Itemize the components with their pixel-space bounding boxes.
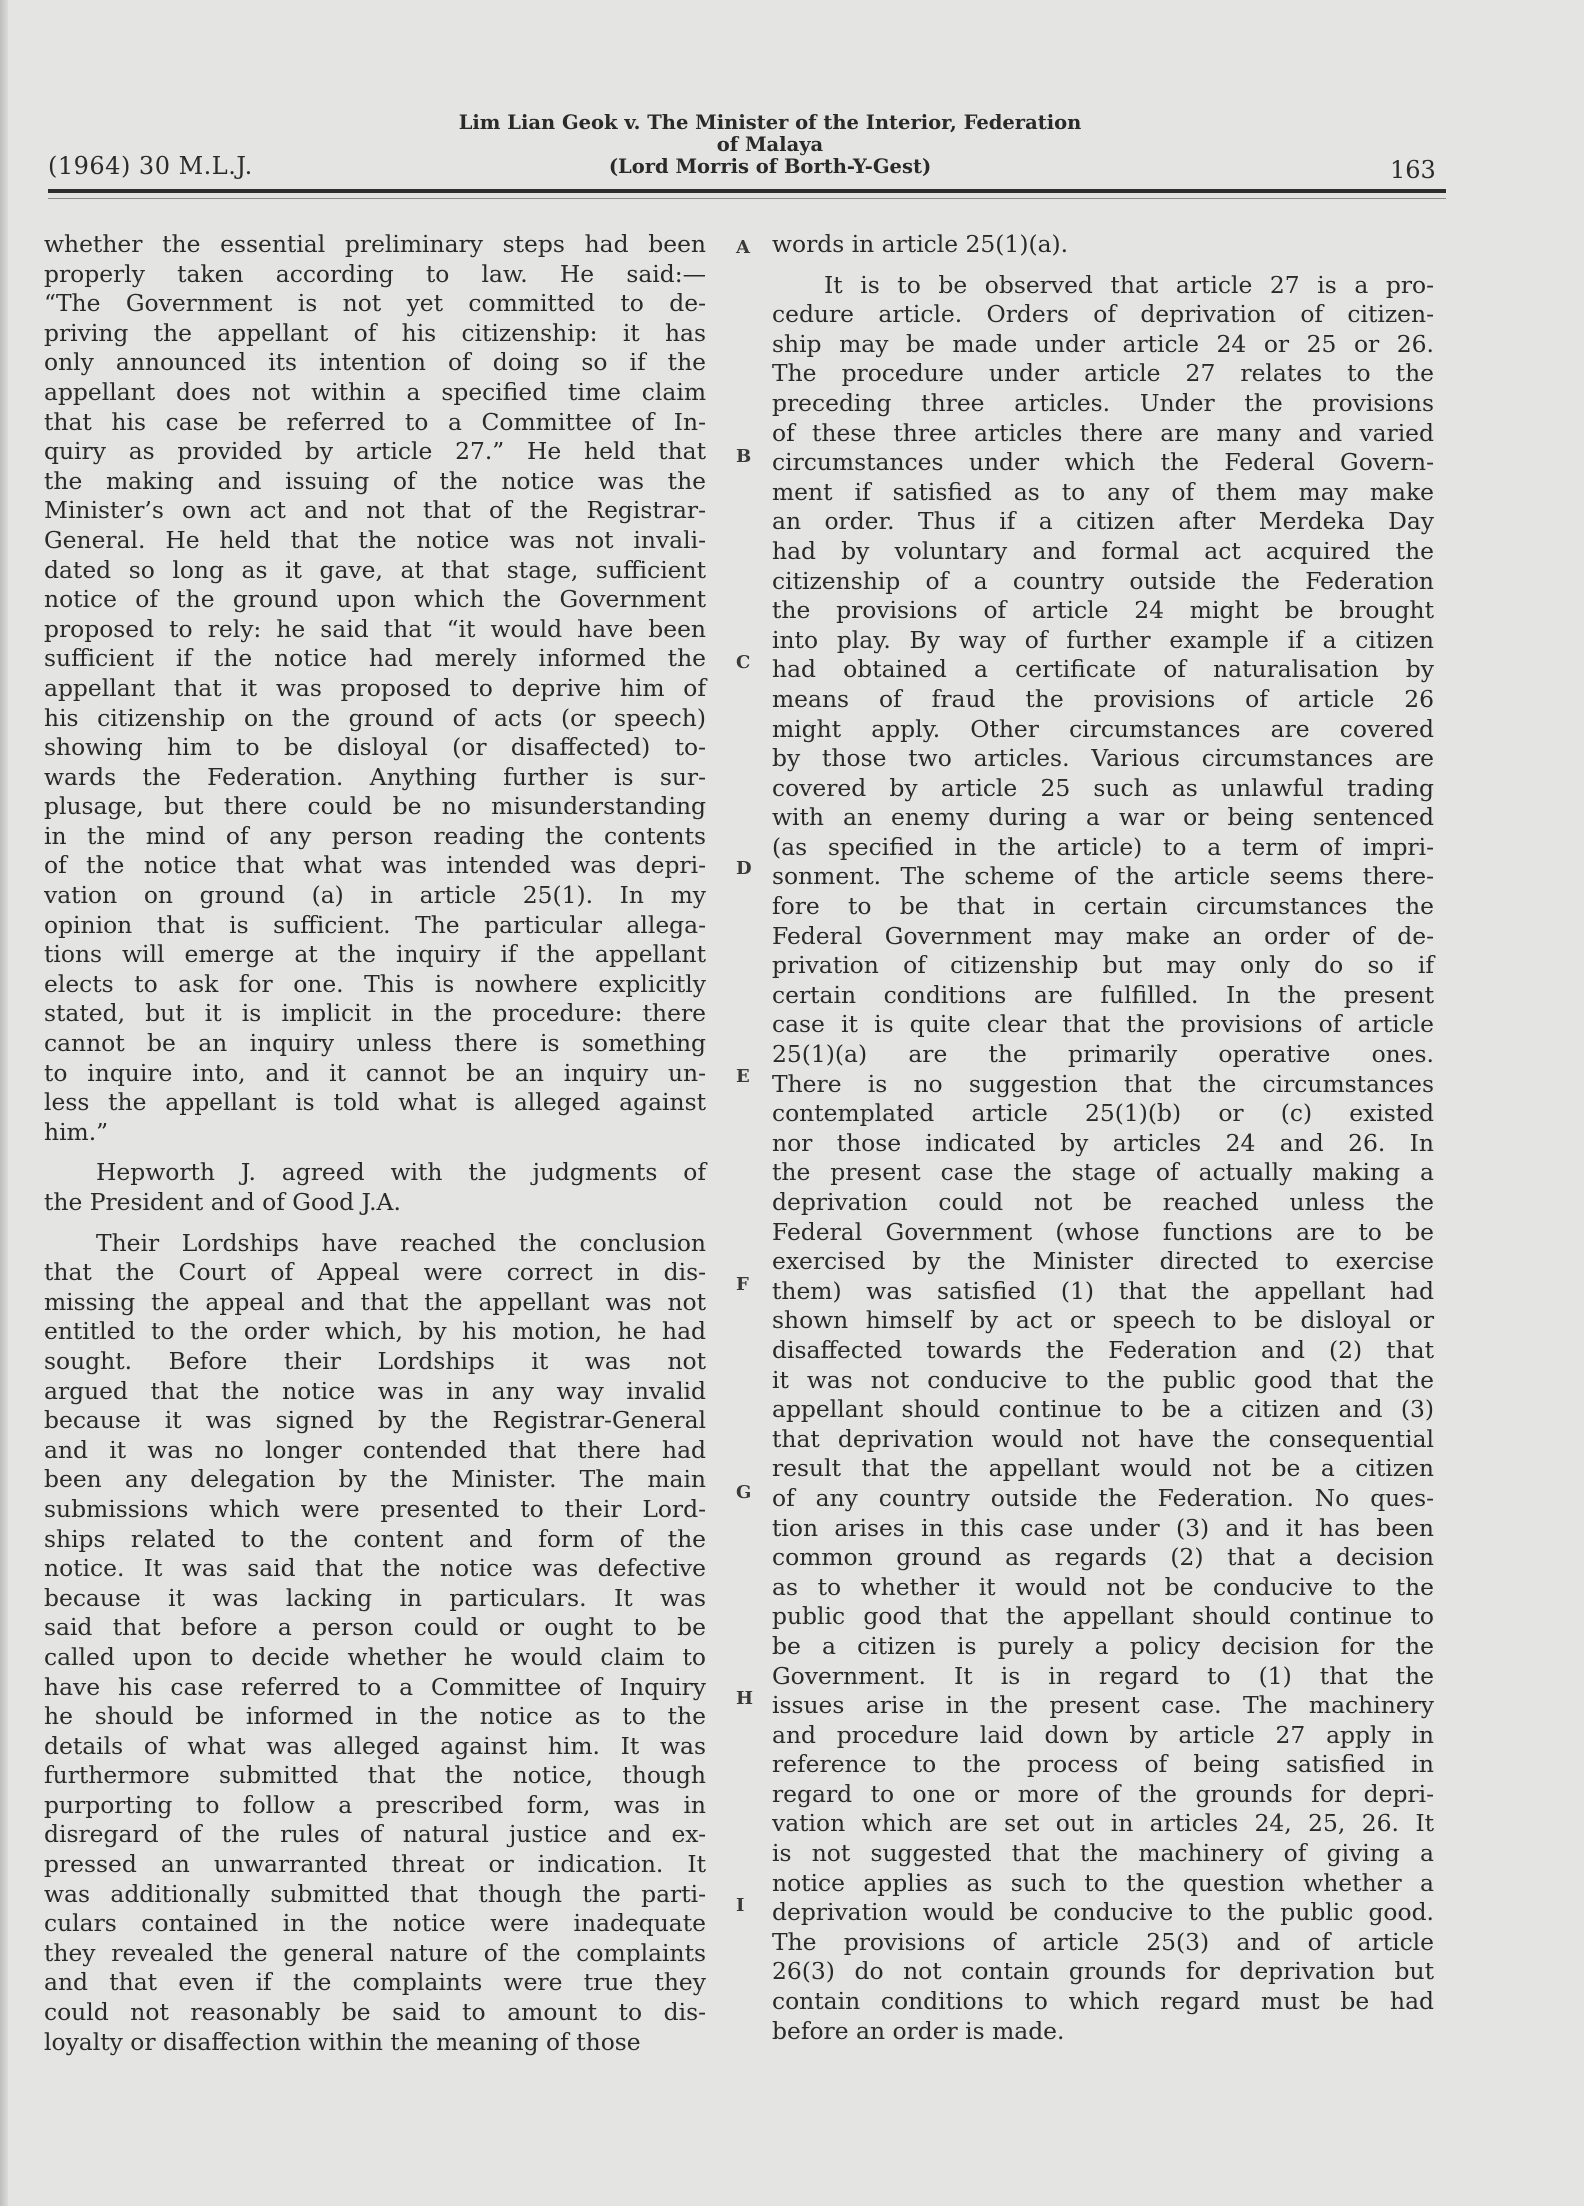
- text-line: of the notice that what was intended was…: [44, 851, 706, 881]
- page-header: (1964) 30 M.L.J. Lim Lian Geok v. The Mi…: [0, 0, 1584, 190]
- text-line: circumstances under which the Federal Go…: [772, 448, 1434, 478]
- text-line: Federal Government (whose functions are …: [772, 1218, 1434, 1248]
- text-line: ment if satisfied as to any of them may …: [772, 478, 1434, 508]
- text-line: called upon to decide whether he would c…: [44, 1643, 706, 1673]
- text-line: them) was satisfied (1) that the appella…: [772, 1277, 1434, 1307]
- text-line: fore to be that in certain circumstances…: [772, 892, 1434, 922]
- margin-letter-e: E: [736, 1066, 750, 1087]
- text-line: the President and of Good J.A.: [44, 1188, 706, 1218]
- text-line: they revealed the general nature of the …: [44, 1939, 706, 1969]
- text-line: tions will emerge at the inquiry if the …: [44, 940, 706, 970]
- text-line: vation on ground (a) in article 25(1). I…: [44, 881, 706, 911]
- text-line: It is to be observed that article 27 is …: [772, 271, 1434, 301]
- text-line: in the mind of any person reading the co…: [44, 822, 706, 852]
- margin-letter-c: C: [736, 652, 750, 673]
- case-title-line: Lim Lian Geok v. The Minister of the Int…: [360, 112, 1180, 134]
- text-line: proposed to rely: he said that “it would…: [44, 615, 706, 645]
- text-line: of any country outside the Federation. N…: [772, 1484, 1434, 1514]
- text-line: loyalty or disaffection within the meani…: [44, 2028, 706, 2058]
- header-rule-thick: [48, 189, 1446, 193]
- text-line: was additionally submitted that though t…: [44, 1880, 706, 1910]
- text-line: to inquire into, and it cannot be an inq…: [44, 1059, 706, 1089]
- text-line: might apply. Other circumstances are cov…: [772, 715, 1434, 745]
- text-line: he should be informed in the notice as t…: [44, 1702, 706, 1732]
- text-line: entitled to the order which, by his moti…: [44, 1317, 706, 1347]
- text-line: that the Court of Appeal were correct in…: [44, 1258, 706, 1288]
- text-line: with an enemy during a war or being sent…: [772, 803, 1434, 833]
- text-line: “The Government is not yet committed to …: [44, 289, 706, 319]
- text-line: be a citizen is purely a policy decision…: [772, 1632, 1434, 1662]
- text-line: cedure article. Orders of deprivation of…: [772, 300, 1434, 330]
- text-line: shown himself by act or speech to be dis…: [772, 1306, 1434, 1336]
- text-line: priving the appellant of his citizenship…: [44, 319, 706, 349]
- text-line: argued that the notice was in any way in…: [44, 1377, 706, 1407]
- paragraph: It is to be observed that article 27 is …: [772, 271, 1434, 2047]
- text-line: had by voluntary and formal act acquired…: [772, 537, 1434, 567]
- text-line: means of fraud the provisions of article…: [772, 685, 1434, 715]
- text-line: appellant that it was proposed to depriv…: [44, 674, 706, 704]
- text-line: cannot be an inquiry unless there is som…: [44, 1029, 706, 1059]
- text-line: sufficient if the notice had merely info…: [44, 644, 706, 674]
- paragraph: words in article 25(1)(a).: [772, 230, 1434, 260]
- text-line: the making and issuing of the notice was…: [44, 467, 706, 497]
- text-line: that deprivation would not have the cons…: [772, 1425, 1434, 1455]
- text-line: regard to one or more of the grounds for…: [772, 1780, 1434, 1810]
- text-line: wards the Federation. Anything further i…: [44, 763, 706, 793]
- text-line: notice. It was said that the notice was …: [44, 1554, 706, 1584]
- text-line: could not reasonably be said to amount t…: [44, 1998, 706, 2028]
- case-title: Lim Lian Geok v. The Minister of the Int…: [360, 112, 1180, 178]
- text-line: and that even if the complaints were tru…: [44, 1968, 706, 1998]
- text-line: certain conditions are fulfilled. In the…: [772, 981, 1434, 1011]
- text-line: contemplated article 25(1)(b) or (c) exi…: [772, 1099, 1434, 1129]
- paragraph: Their Lordships have reached the conclus…: [44, 1229, 706, 2058]
- text-line: only announced its intention of doing so…: [44, 348, 706, 378]
- text-line: less the appellant is told what is alleg…: [44, 1088, 706, 1118]
- text-line: because it was signed by the Registrar-G…: [44, 1406, 706, 1436]
- text-line: pressed an unwarranted threat or indicat…: [44, 1850, 706, 1880]
- text-line: citizenship of a country outside the Fed…: [772, 567, 1434, 597]
- text-line: been any delegation by the Minister. The…: [44, 1465, 706, 1495]
- margin-letter-g: G: [736, 1482, 751, 1503]
- text-line: words in article 25(1)(a).: [772, 230, 1434, 260]
- text-line: his citizenship on the ground of acts (o…: [44, 704, 706, 734]
- text-line: appellant should continue to be a citize…: [772, 1395, 1434, 1425]
- text-line: whether the essential preliminary steps …: [44, 230, 706, 260]
- text-line: case it is quite clear that the provisio…: [772, 1010, 1434, 1040]
- text-line: common ground as regards (2) that a deci…: [772, 1543, 1434, 1573]
- text-line: public good that the appellant should co…: [772, 1602, 1434, 1632]
- text-line: missing the appeal and that the appellan…: [44, 1288, 706, 1318]
- margin-letter-i: I: [736, 1895, 744, 1916]
- text-line: ship may be made under article 24 or 25 …: [772, 330, 1434, 360]
- text-line: deprivation would be conducive to the pu…: [772, 1898, 1434, 1928]
- text-line: Their Lordships have reached the conclus…: [44, 1229, 706, 1259]
- text-line: had obtained a certificate of naturalisa…: [772, 655, 1434, 685]
- text-line: showing him to be disloyal (or disaffect…: [44, 733, 706, 763]
- text-line: Minister’s own act and not that of the R…: [44, 496, 706, 526]
- text-line: purporting to follow a prescribed form, …: [44, 1791, 706, 1821]
- text-line: culars contained in the notice were inad…: [44, 1909, 706, 1939]
- text-line: disregard of the rules of natural justic…: [44, 1820, 706, 1850]
- text-line: opinion that is sufficient. The particul…: [44, 911, 706, 941]
- text-line: exercised by the Minister directed to ex…: [772, 1247, 1434, 1277]
- text-line: disaffected towards the Federation and (…: [772, 1336, 1434, 1366]
- text-line: 26(3) do not contain grounds for depriva…: [772, 1957, 1434, 1987]
- text-line: said that before a person could or ought…: [44, 1613, 706, 1643]
- text-line: Federal Government may make an order of …: [772, 922, 1434, 952]
- text-line: the present case the stage of actually m…: [772, 1158, 1434, 1188]
- text-line: dated so long as it gave, at that stage,…: [44, 556, 706, 586]
- text-line: issues arise in the present case. The ma…: [772, 1691, 1434, 1721]
- paragraph: whether the essential preliminary steps …: [44, 230, 706, 1147]
- text-line: elects to ask for one. This is nowhere e…: [44, 970, 706, 1000]
- text-line: furthermore submitted that the notice, t…: [44, 1761, 706, 1791]
- text-line: preceding three articles. Under the prov…: [772, 389, 1434, 419]
- text-line: him.”: [44, 1118, 706, 1148]
- case-title-line: of Malaya: [360, 134, 1180, 156]
- text-line: notice applies as such to the question w…: [772, 1869, 1434, 1899]
- text-line: nor those indicated by articles 24 and 2…: [772, 1129, 1434, 1159]
- paragraph-gap: [44, 1147, 706, 1158]
- text-line: tion arises in this case under (3) and i…: [772, 1514, 1434, 1544]
- paragraph-gap: [772, 260, 1434, 271]
- text-line: details of what was alleged against him.…: [44, 1732, 706, 1762]
- left-column: whether the essential preliminary steps …: [44, 230, 706, 2057]
- text-line: the provisions of article 24 might be br…: [772, 596, 1434, 626]
- text-line: deprivation could not be reached unless …: [772, 1188, 1434, 1218]
- text-line: vation which are set out in articles 24,…: [772, 1809, 1434, 1839]
- text-line: and procedure laid down by article 27 ap…: [772, 1721, 1434, 1751]
- text-line: There is no suggestion that the circumst…: [772, 1070, 1434, 1100]
- text-line: of these three articles there are many a…: [772, 419, 1434, 449]
- text-line: submissions which were presented to thei…: [44, 1495, 706, 1525]
- text-line: plusage, but there could be no misunders…: [44, 792, 706, 822]
- text-line: have his case referred to a Committee of…: [44, 1673, 706, 1703]
- margin-letter-f: F: [736, 1274, 749, 1295]
- text-line: (as specified in the article) to a term …: [772, 833, 1434, 863]
- text-line: by those two articles. Various circumsta…: [772, 744, 1434, 774]
- text-line: it was not conducive to the public good …: [772, 1366, 1434, 1396]
- text-line: The provisions of article 25(3) and of a…: [772, 1928, 1434, 1958]
- margin-letter-d: D: [736, 858, 752, 879]
- text-line: because it was lacking in particulars. I…: [44, 1584, 706, 1614]
- text-line: before an order is made.: [772, 2017, 1434, 2047]
- text-line: as to whether it would not be conducive …: [772, 1573, 1434, 1603]
- text-line: notice of the ground upon which the Gove…: [44, 585, 706, 615]
- text-line: Hepworth J. agreed with the judgments of: [44, 1158, 706, 1188]
- text-line: stated, but it is implicit in the proced…: [44, 999, 706, 1029]
- margin-letter-a: A: [736, 237, 750, 258]
- right-column: words in article 25(1)(a).It is to be ob…: [772, 230, 1434, 2046]
- text-line: that his case be referred to a Committee…: [44, 408, 706, 438]
- text-line: General. He held that the notice was not…: [44, 526, 706, 556]
- law-report-citation: (1964) 30 M.L.J.: [48, 152, 253, 180]
- page-number: 163: [1390, 156, 1436, 184]
- text-line: an order. Thus if a citizen after Merdek…: [772, 507, 1434, 537]
- text-line: properly taken according to law. He said…: [44, 260, 706, 290]
- text-line: 25(1)(a) are the primarily operative one…: [772, 1040, 1434, 1070]
- text-line: sonment. The scheme of the article seems…: [772, 862, 1434, 892]
- paragraph-gap: [44, 1218, 706, 1229]
- margin-letter-b: B: [736, 446, 751, 467]
- text-line: reference to the process of being satisf…: [772, 1750, 1434, 1780]
- text-line: appellant does not within a specified ti…: [44, 378, 706, 408]
- text-line: ships related to the content and form of…: [44, 1525, 706, 1555]
- text-line: contain conditions to which regard must …: [772, 1987, 1434, 2017]
- margin-letter-h: H: [736, 1688, 753, 1709]
- text-line: and it was no longer contended that ther…: [44, 1436, 706, 1466]
- text-line: quiry as provided by article 27.” He hel…: [44, 437, 706, 467]
- header-rule-thin: [48, 198, 1446, 199]
- page-edge: [0, 0, 8, 2206]
- text-line: covered by article 25 such as unlawful t…: [772, 774, 1434, 804]
- case-title-line: (Lord Morris of Borth-Y-Gest): [360, 156, 1180, 178]
- paragraph: Hepworth J. agreed with the judgments of…: [44, 1158, 706, 1217]
- text-line: The procedure under article 27 relates t…: [772, 359, 1434, 389]
- text-line: privation of citizenship but may only do…: [772, 951, 1434, 981]
- text-line: is not suggested that the machinery of g…: [772, 1839, 1434, 1869]
- text-line: sought. Before their Lordships it was no…: [44, 1347, 706, 1377]
- text-line: result that the appellant would not be a…: [772, 1454, 1434, 1484]
- text-line: into play. By way of further example if …: [772, 626, 1434, 656]
- text-line: Government. It is in regard to (1) that …: [772, 1662, 1434, 1692]
